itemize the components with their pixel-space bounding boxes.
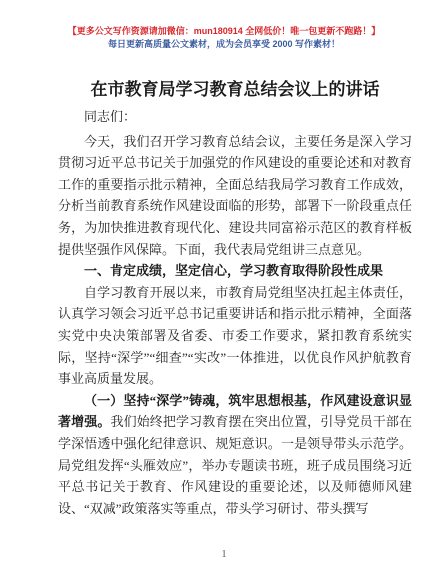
document-title: 在市教育局学习教育总结会议上的讲话 (58, 78, 412, 102)
document-page: 【更多公文写作资源请加微信：mun180914 全网低价！唯一包更新不跑路！】 … (0, 0, 448, 580)
section-heading-1: 一、肯定成绩，坚定信心，学习教育取得阶段性成果 (58, 260, 412, 282)
paragraph-intro: 今天，我们召开学习教育总结会议，主要任务是深入学习贯彻习近平总书记关于加强党的作… (58, 131, 412, 261)
document-body: 在市教育局学习教育总结会议上的讲话 同志们： 今天，我们召开学习教育总结会议，主… (58, 78, 412, 519)
promo-banner: 【更多公文写作资源请加微信：mun180914 全网低价！唯一包更新不跑路！】 … (0, 25, 448, 51)
promo-line-2: 每日更新高质量公文素材，成为会员享受 2000 写作素材！ (0, 38, 448, 51)
page-number: 1 (0, 549, 448, 560)
paragraph-subsection-1: （一）坚持“深学”铸魂，筑牢思想根基，作风建设意识显著增强。我们始终把学习教育摆… (58, 390, 412, 520)
salutation: 同志们： (58, 106, 412, 128)
paragraph-overview: 自学习教育开展以来，市教育局党组坚决扛起主体责任，认真学习领会习近平总书记重要讲… (58, 282, 412, 390)
promo-line-1: 【更多公文写作资源请加微信：mun180914 全网低价！唯一包更新不跑路！】 (0, 25, 448, 38)
subsection-1-text: 我们始终把学习教育摆在突出位置，引导党员干部在学深悟透中强化纪律意识、规矩意识。… (58, 414, 412, 515)
